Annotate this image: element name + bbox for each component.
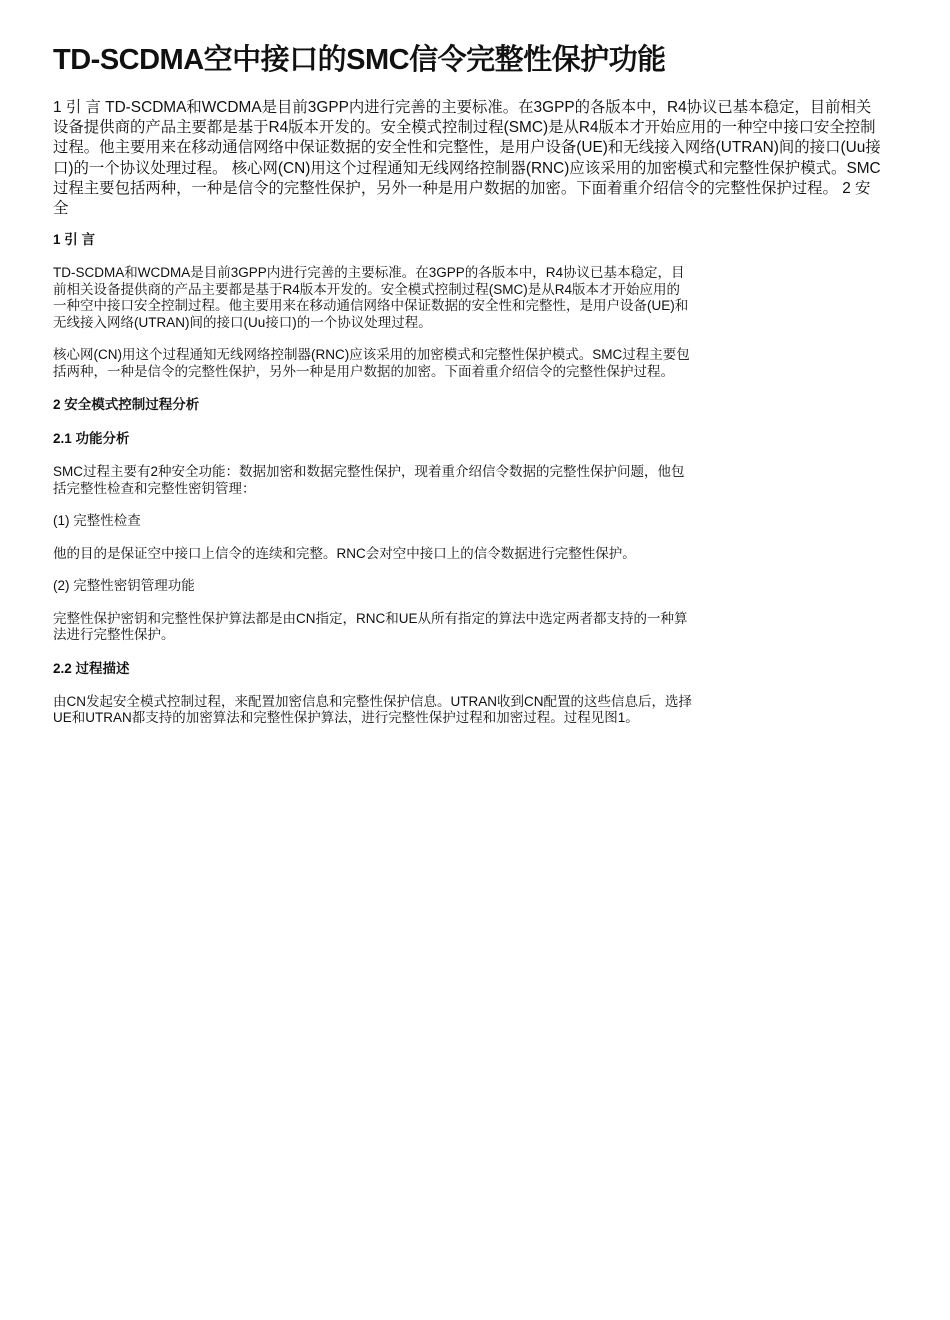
section-heading-process-description: 2.2 过程描述 <box>53 660 693 678</box>
subheading-key-management: (2) 完整性密钥管理功能 <box>53 578 693 595</box>
section-heading-function-analysis: 2.1 功能分析 <box>53 430 693 448</box>
subheading-integrity-check: (1) 完整性检查 <box>53 513 693 530</box>
paragraph-key-management: 完整性保护密钥和完整性保护算法都是由CN指定，RNC和UE从所有指定的算法中选定… <box>53 611 693 644</box>
paragraph-function-analysis: SMC过程主要有2种安全功能：数据加密和数据完整性保护，现着重介绍信令数据的完整… <box>53 464 693 497</box>
paragraph-introduction-1: TD-SCDMA和WCDMA是目前3GPP内进行完善的主要标准。在3GPP的各版… <box>53 265 693 331</box>
paragraph-introduction-2: 核心网(CN)用这个过程通知无线网络控制器(RNC)应该采用的加密模式和完整性保… <box>53 347 693 380</box>
section-heading-smc-analysis: 2 安全模式控制过程分析 <box>53 396 693 414</box>
document-body: 1 引 言 TD-SCDMA和WCDMA是目前3GPP内进行完善的主要标准。在3… <box>53 231 693 727</box>
document-page: TD-SCDMA空中接口的SMC信令完整性保护功能 1 引 言 TD-SCDMA… <box>53 40 883 743</box>
paragraph-process-description: 由CN发起安全模式控制过程，来配置加密信息和完整性保护信息。UTRAN收到CN配… <box>53 694 693 727</box>
paragraph-integrity-check: 他的目的是保证空中接口上信令的连续和完整。RNC会对空中接口上的信令数据进行完整… <box>53 546 693 563</box>
section-heading-introduction: 1 引 言 <box>53 231 693 249</box>
document-summary: 1 引 言 TD-SCDMA和WCDMA是目前3GPP内进行完善的主要标准。在3… <box>53 98 883 219</box>
document-title: TD-SCDMA空中接口的SMC信令完整性保护功能 <box>53 40 883 80</box>
